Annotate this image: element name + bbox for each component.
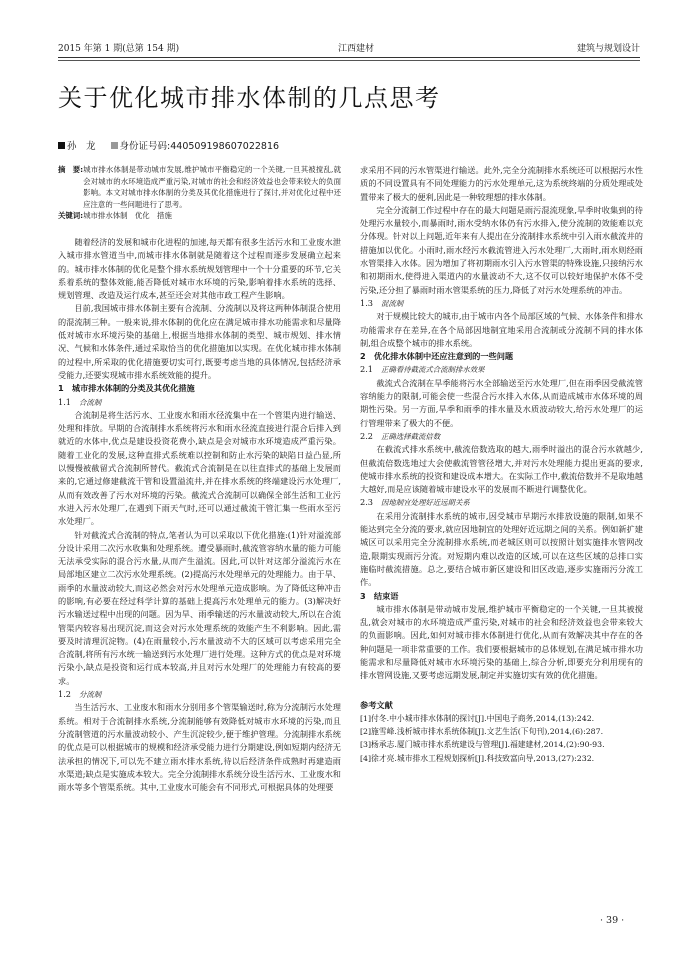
reference-item: [2]施雪峰.浅析城市排水系统体制[J].文艺生活(下旬刊),2014,(6):…: [360, 725, 643, 738]
section-heading-1-2: 1.2分流制: [58, 688, 341, 701]
paragraph: 在采用分流制排水系统的城市,因受城市早期污水排放设施的限制,如果不能达到完全分流…: [360, 510, 643, 590]
paragraph: 求采用不同的污水管渠进行输送。此外,完全分流制排水系统还可以根据污水性质的不同设…: [360, 164, 643, 204]
paragraph: 当生活污水、工业废水和雨水分别用多个管渠输送时,称为分流制污水处理系统。相对于合…: [58, 701, 341, 794]
section-heading-1: 1 城市排水体制的分类及其优化措施: [58, 382, 341, 395]
reference-item: [3]杨承志.厦门城市排水系统建设与管理[J].福建建材,2014,(2):90…: [360, 738, 643, 751]
paragraph: 完全分流制工作过程中存在的最大问题是雨污混流现象,旱季时收集到的待处理污水量较小…: [360, 204, 643, 297]
section-heading-2-2: 2.2正确选择截流倍数: [360, 430, 643, 443]
abstract: 摘 要: 城市排水体制是带动城市发展,维护城市平衡稳定的一个关键,一旦其被搅乱,…: [58, 164, 341, 210]
paragraph: 合流制是将生活污水、工业废水和雨水径流集中在一个管渠内进行输送、处理和排放。早期…: [58, 409, 341, 529]
paragraph: 随着经济的发展和城市化进程的加速,每天都有很多生活污水和工业废水泄入城市排水管道…: [58, 236, 341, 302]
section-heading-2-1: 2.1正确看待截流式合流制排水效果: [360, 363, 643, 376]
abstract-text: 城市排水体制是带动城市发展,维护城市平衡稳定的一个关键,一旦其被搅乱,就会对城市…: [83, 164, 341, 210]
gray-square-icon: [111, 142, 118, 149]
journal-name: 江西建材: [338, 42, 374, 56]
author-line: 孙 龙 身份证号码:440509198607022816: [58, 138, 279, 152]
paragraph: 截流式合流制在旱季能将污水全部输送至污水处理厂,但在雨季因受截流管容纳能力的限制…: [360, 377, 643, 430]
reference-item: [4]徐才亮.城市排水工程规划探析[J].科技致富向导,2013,(27):23…: [360, 752, 643, 765]
references-title: 参考文献: [360, 699, 643, 712]
reference-item: [1]付冬.中小城市排水体制的探讨[J].中国电子商务,2014,(13):24…: [360, 712, 643, 725]
article-title: 关于优化城市排水体制的几点思考: [58, 78, 441, 113]
paragraph: 对于规模比较大的城市,由于城市内各个局部区域的气候、水体条件和排水功能需求存在差…: [360, 310, 643, 350]
author-name: 孙 龙: [67, 141, 96, 152]
abstract-label: 摘 要:: [58, 164, 83, 210]
paragraph: 针对截流式合流制的特点,笔者认为可以采取以下优化措施:(1)针对溢流部分设计采用…: [58, 529, 341, 689]
keywords: 关键词:城市排水体制 优化 措施: [58, 210, 341, 222]
right-column: 求采用不同的污水管渠进行输送。此外,完全分流制排水系统还可以根据污水性质的不同设…: [360, 164, 643, 765]
section-heading-3: 3 结束语: [360, 590, 643, 603]
keywords-label: 关键词:: [58, 211, 83, 220]
paragraph: 在截流式排水系统中,截流倍数选取的越大,雨季时溢出的混合污水就越少,但截流倍数选…: [360, 443, 643, 496]
section-heading-1-1: 1.1合流制: [58, 396, 341, 409]
issue-info: 2015 年第 1 期(总第 154 期): [58, 42, 179, 56]
section-heading-2-3: 2.3因地制宜处理好近远期关系: [360, 496, 643, 509]
running-header: 2015 年第 1 期(总第 154 期) 江西建材 建筑与规划设计: [58, 42, 640, 58]
section-heading-2: 2 优化排水体制中还应注意到的一些问题: [360, 350, 643, 363]
section-name: 建筑与规划设计: [577, 42, 640, 56]
page-number: · 39 ·: [600, 915, 624, 926]
paragraph: 城市排水体制是带动城市发展,维护城市平衡稳定的一个关键,一旦其被搅乱,就会对城市…: [360, 603, 643, 683]
black-square-icon: [58, 142, 65, 149]
section-heading-1-3: 1.3混流制: [360, 297, 643, 310]
paragraph: 目前,我国城市排水体制主要有合流制、分流制以及将这两种体制混合使用的混流制三种。…: [58, 302, 341, 382]
left-column: 摘 要: 城市排水体制是带动城市发展,维护城市平衡稳定的一个关键,一旦其被搅乱,…: [58, 164, 341, 794]
author-id: 身份证号码:440509198607022816: [120, 141, 280, 152]
keywords-text: 城市排水体制 优化 措施: [83, 211, 172, 220]
